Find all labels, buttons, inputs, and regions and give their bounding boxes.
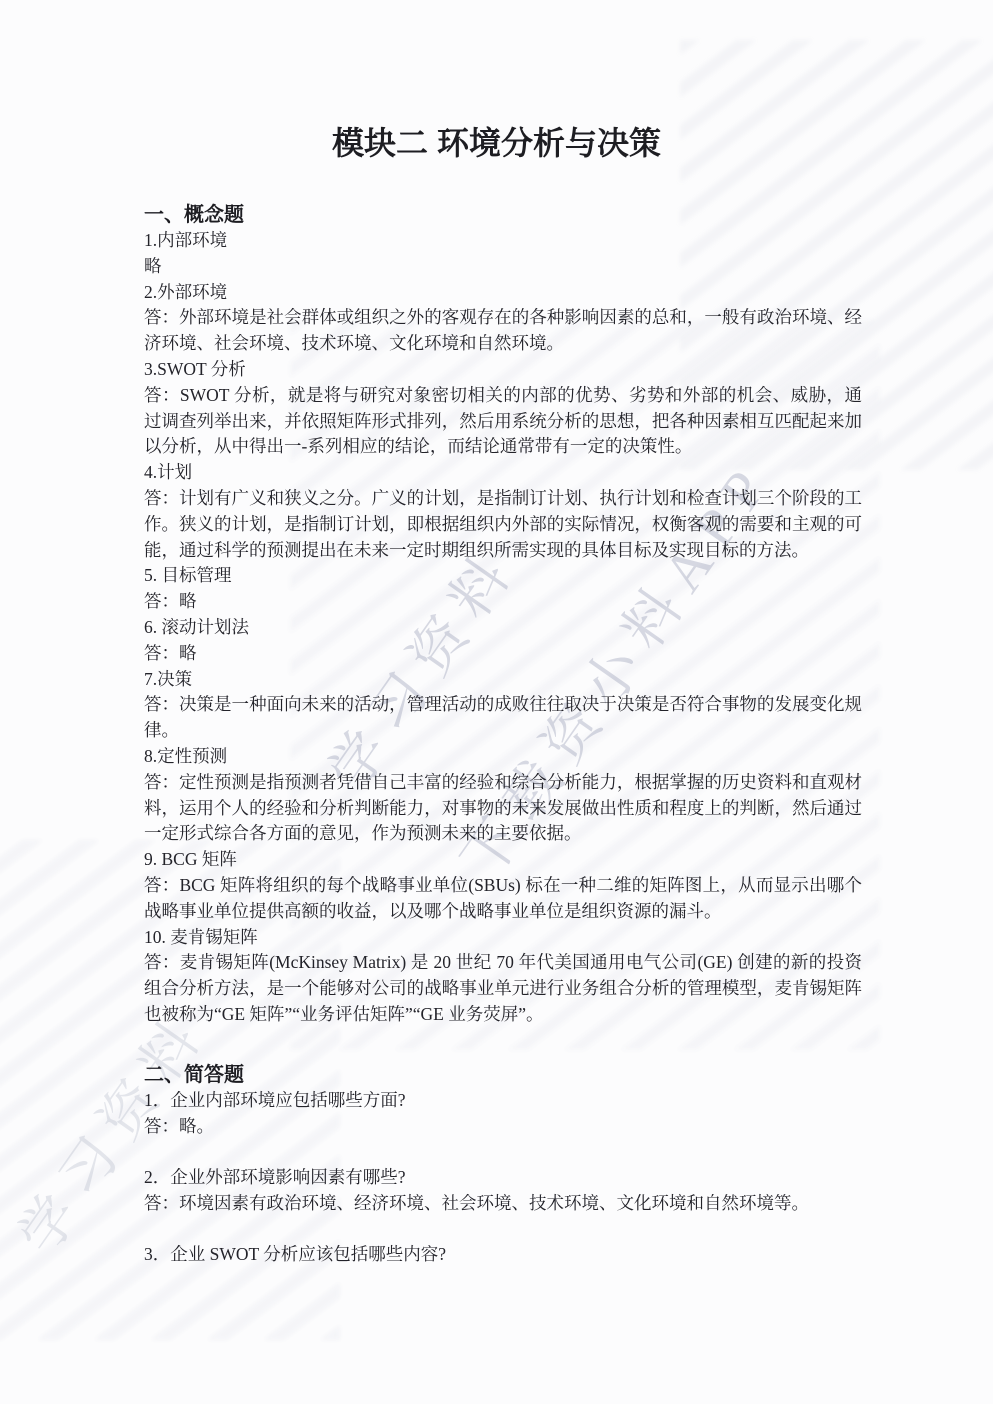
text-line: 9. BCG 矩阵 [144, 847, 862, 873]
text-line: 2.外部环境 [144, 280, 862, 306]
text-line: 答：略 [144, 589, 862, 615]
answer-paragraph: 答：麦肯锡矩阵(McKinsey Matrix) 是 20 世纪 70 年代美国… [144, 950, 862, 1027]
blank-line [144, 1139, 862, 1165]
document-body: 一、概念题1.内部环境略2.外部环境答：外部环境是社会群体或组织之外的客观存在的… [144, 202, 862, 1268]
text-line: 3．企业 SWOT 分析应该包括哪些内容? [144, 1242, 862, 1268]
text-line: 8.定性预测 [144, 744, 862, 770]
answer-paragraph: 答：决策是一种面向未来的活动，管理活动的成败往往取决于决策是否符合事物的发展变化… [144, 692, 862, 744]
blank-line [144, 1217, 862, 1243]
document-title: 模块二 环境分析与决策 [0, 0, 993, 164]
answer-paragraph: 答：定性预测是指预测者凭借自己丰富的经验和综合分析能力，根据掌握的历史资料和直观… [144, 770, 862, 847]
text-line: 2．企业外部环境影响因素有哪些? [144, 1165, 862, 1191]
text-line: 5. 目标管理 [144, 563, 862, 589]
text-line: 10. 麦肯锡矩阵 [144, 925, 862, 951]
text-line: 答：略 [144, 641, 862, 667]
text-line: 答：略。 [144, 1114, 862, 1140]
text-line: 1.内部环境 [144, 228, 862, 254]
section-heading: 二、简答题 [144, 1062, 862, 1088]
answer-paragraph: 答：外部环境是社会群体或组织之外的客观存在的各种影响因素的总和，一般有政治环境、… [144, 305, 862, 357]
text-line: 6. 滚动计划法 [144, 615, 862, 641]
document-page: 学习资料 下载资小料APP 学习资料 模块二 环境分析与决策 一、概念题1.内部… [0, 0, 993, 1404]
text-line: 1．企业内部环境应包括哪些方面? [144, 1088, 862, 1114]
answer-paragraph: 答：BCG 矩阵将组织的每个战略事业单位(SBUs) 标在一种二维的矩阵图上，从… [144, 873, 862, 925]
text-line: 4.计划 [144, 460, 862, 486]
text-line: 略 [144, 254, 862, 280]
answer-paragraph: 答：计划有广义和狭义之分。广义的计划，是指制订计划、执行计划和检查计划三个阶段的… [144, 486, 862, 563]
answer-paragraph: 答：环境因素有政治环境、经济环境、社会环境、技术环境、文化环境和自然环境等。 [144, 1191, 862, 1217]
answer-paragraph: 答：SWOT 分析，就是将与研究对象密切相关的内部的优势、劣势和外部的机会、威胁… [144, 383, 862, 460]
text-line: 7.决策 [144, 667, 862, 693]
section-heading: 一、概念题 [144, 202, 862, 228]
text-line: 3.SWOT 分析 [144, 357, 862, 383]
